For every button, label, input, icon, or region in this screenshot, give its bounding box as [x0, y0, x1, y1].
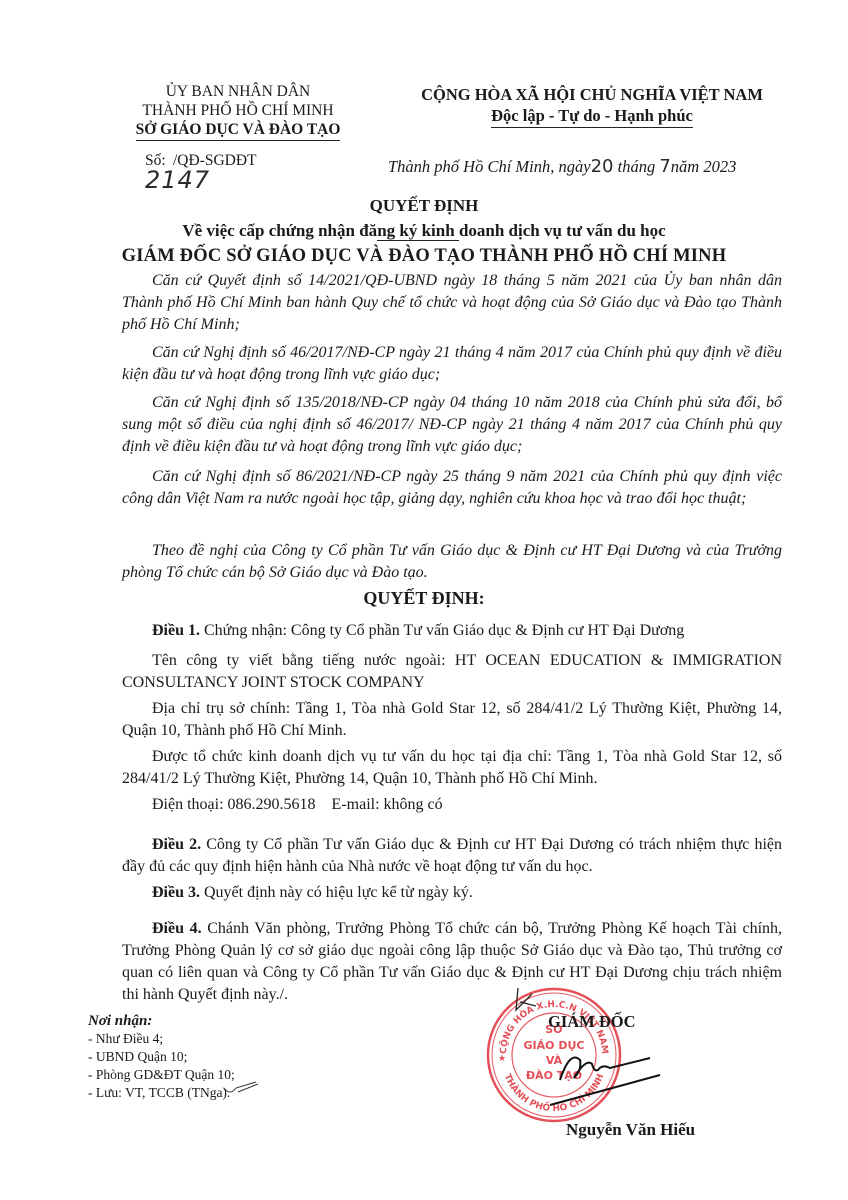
article-text: Chứng nhận: Công ty Cổ phần Tư vấn Giáo …	[204, 622, 684, 639]
recipient-item: - UBND Quận 10;	[88, 1048, 235, 1066]
head-office-address: Địa chỉ trụ sở chính: Tầng 1, Tòa nhà Go…	[122, 698, 782, 742]
preamble-text: Căn cứ Nghị định số 135/2018/NĐ-CP ngày …	[122, 394, 782, 455]
article-label: Điều 1.	[152, 622, 200, 639]
preamble-paragraph: Căn cứ Quyết định số 14/2021/QĐ-UBND ngà…	[122, 270, 782, 336]
contact-info: Điện thoại: 086.290.5618 E-mail: không c…	[122, 794, 782, 816]
authority-line-2: THÀNH PHỐ HỒ CHÍ MINH	[118, 101, 358, 120]
head-office-text: Địa chỉ trụ sở chính: Tầng 1, Tòa nhà Go…	[122, 700, 782, 739]
handwritten-number: 2147	[145, 166, 210, 194]
issuing-officer-title: GIÁM ĐỐC SỞ GIÁO DỤC VÀ ĐÀO TẠO THÀNH PH…	[0, 246, 848, 267]
foreign-name-text: Tên công ty viết bằng tiếng nước ngoài: …	[122, 652, 782, 691]
article-label: Điều 2.	[152, 836, 201, 853]
contact-text: Điện thoại: 086.290.5618 E-mail: không c…	[152, 796, 443, 813]
article-label: Điều 3.	[152, 884, 200, 901]
national-motto: Độc lập - Tự do - Hạnh phúc	[491, 105, 693, 128]
document-type: QUYẾT ĐỊNH	[0, 196, 848, 216]
preamble-text: Căn cứ Quyết định số 14/2021/QĐ-UBND ngà…	[122, 272, 782, 333]
foreign-company-name: Tên công ty viết bằng tiếng nước ngoài: …	[122, 650, 782, 694]
preamble-text: Căn cứ Nghị định số 46/2017/NĐ-CP ngày 2…	[122, 344, 782, 383]
article-text: Chánh Văn phòng, Trưởng Phòng Tổ chức cá…	[122, 920, 782, 1003]
document-subject: Về việc cấp chứng nhận đăng ký kinh doan…	[0, 221, 848, 241]
svg-text:★: ★	[498, 1053, 506, 1063]
national-header: CỘNG HÒA XÃ HỘI CHỦ NGHĨA VIỆT NAM Độc l…	[382, 84, 802, 128]
signer-title: GIÁM ĐỐC	[548, 1012, 636, 1032]
article-2: Điều 2. Công ty Cổ phần Tư vấn Giáo dục …	[122, 834, 782, 878]
recipient-item: - Phòng GD&ĐT Quận 10;	[88, 1066, 235, 1084]
date-prefix: Thành phố Hồ Chí Minh, ngày	[388, 157, 591, 176]
number-suffix: /QĐ-SGDĐT	[173, 152, 257, 170]
subject-part: doanh dịch vụ tư vấn du học	[459, 221, 666, 240]
place-date: Thành phố Hồ Chí Minh, ngày20 tháng 7năm…	[388, 156, 736, 177]
year-label: năm 2023	[671, 157, 737, 176]
business-address-text: Được tổ chức kinh doanh dịch vụ tư vấn d…	[122, 748, 782, 787]
preamble-paragraph: Căn cứ Nghị định số 86/2021/NĐ-CP ngày 2…	[122, 466, 782, 510]
initials-scribble-icon	[222, 1080, 262, 1096]
preamble-paragraph: Căn cứ Nghị định số 46/2017/NĐ-CP ngày 2…	[122, 342, 782, 386]
preamble-paragraph: Căn cứ Nghị định số 135/2018/NĐ-CP ngày …	[122, 392, 782, 458]
document-number: Số: 2147 /QĐ-SGDĐT	[145, 152, 166, 170]
country-name: CỘNG HÒA XÃ HỘI CHỦ NGHĨA VIỆT NAM	[382, 84, 802, 105]
preamble-paragraph: Theo đề nghị của Công ty Cổ phần Tư vấn …	[122, 540, 782, 584]
issuing-authority: ỦY BAN NHÂN DÂN THÀNH PHỐ HỒ CHÍ MINH SỞ…	[118, 82, 358, 141]
authority-department: SỞ GIÁO DỤC VÀ ĐÀO TẠO	[136, 120, 341, 141]
handwritten-day: 20	[591, 156, 614, 177]
article-text: Công ty Cổ phần Tư vấn Giáo dục & Định c…	[122, 836, 782, 875]
article-4: Điều 4. Chánh Văn phòng, Trưởng Phòng Tổ…	[122, 918, 782, 1006]
month-label: tháng	[618, 157, 656, 176]
article-label: Điều 4.	[152, 920, 202, 937]
recipients-heading: Nơi nhận:	[88, 1012, 235, 1030]
recipient-item: - Như Điều 4;	[88, 1030, 235, 1048]
handwritten-month: 7	[659, 156, 670, 177]
article-1: Điều 1. Chứng nhận: Công ty Cổ phần Tư v…	[122, 620, 782, 642]
business-address: Được tổ chức kinh doanh dịch vụ tư vấn d…	[122, 746, 782, 790]
authority-line-1: ỦY BAN NHÂN DÂN	[118, 82, 358, 101]
article-text: Quyết định này có hiệu lực kể từ ngày ký…	[204, 884, 473, 901]
preamble-text: Theo đề nghị của Công ty Cổ phần Tư vấn …	[122, 542, 782, 581]
signature-icon	[540, 1040, 670, 1110]
subject-part: Về việc cấp chứng nhận đă	[182, 221, 377, 240]
recipient-item: - Lưu: VT, TCCB (TNga).	[88, 1084, 235, 1102]
article-3: Điều 3. Quyết định này có hiệu lực kể từ…	[122, 882, 782, 904]
decision-heading: QUYẾT ĐỊNH:	[0, 588, 848, 609]
initials-icon	[512, 984, 538, 1012]
signer-name: Nguyễn Văn Hiếu	[566, 1120, 695, 1140]
preamble-text: Căn cứ Nghị định số 86/2021/NĐ-CP ngày 2…	[122, 468, 782, 507]
subject-part: ng ký kinh	[377, 221, 459, 241]
recipients-list: Nơi nhận: - Như Điều 4; - UBND Quận 10; …	[88, 1012, 235, 1102]
